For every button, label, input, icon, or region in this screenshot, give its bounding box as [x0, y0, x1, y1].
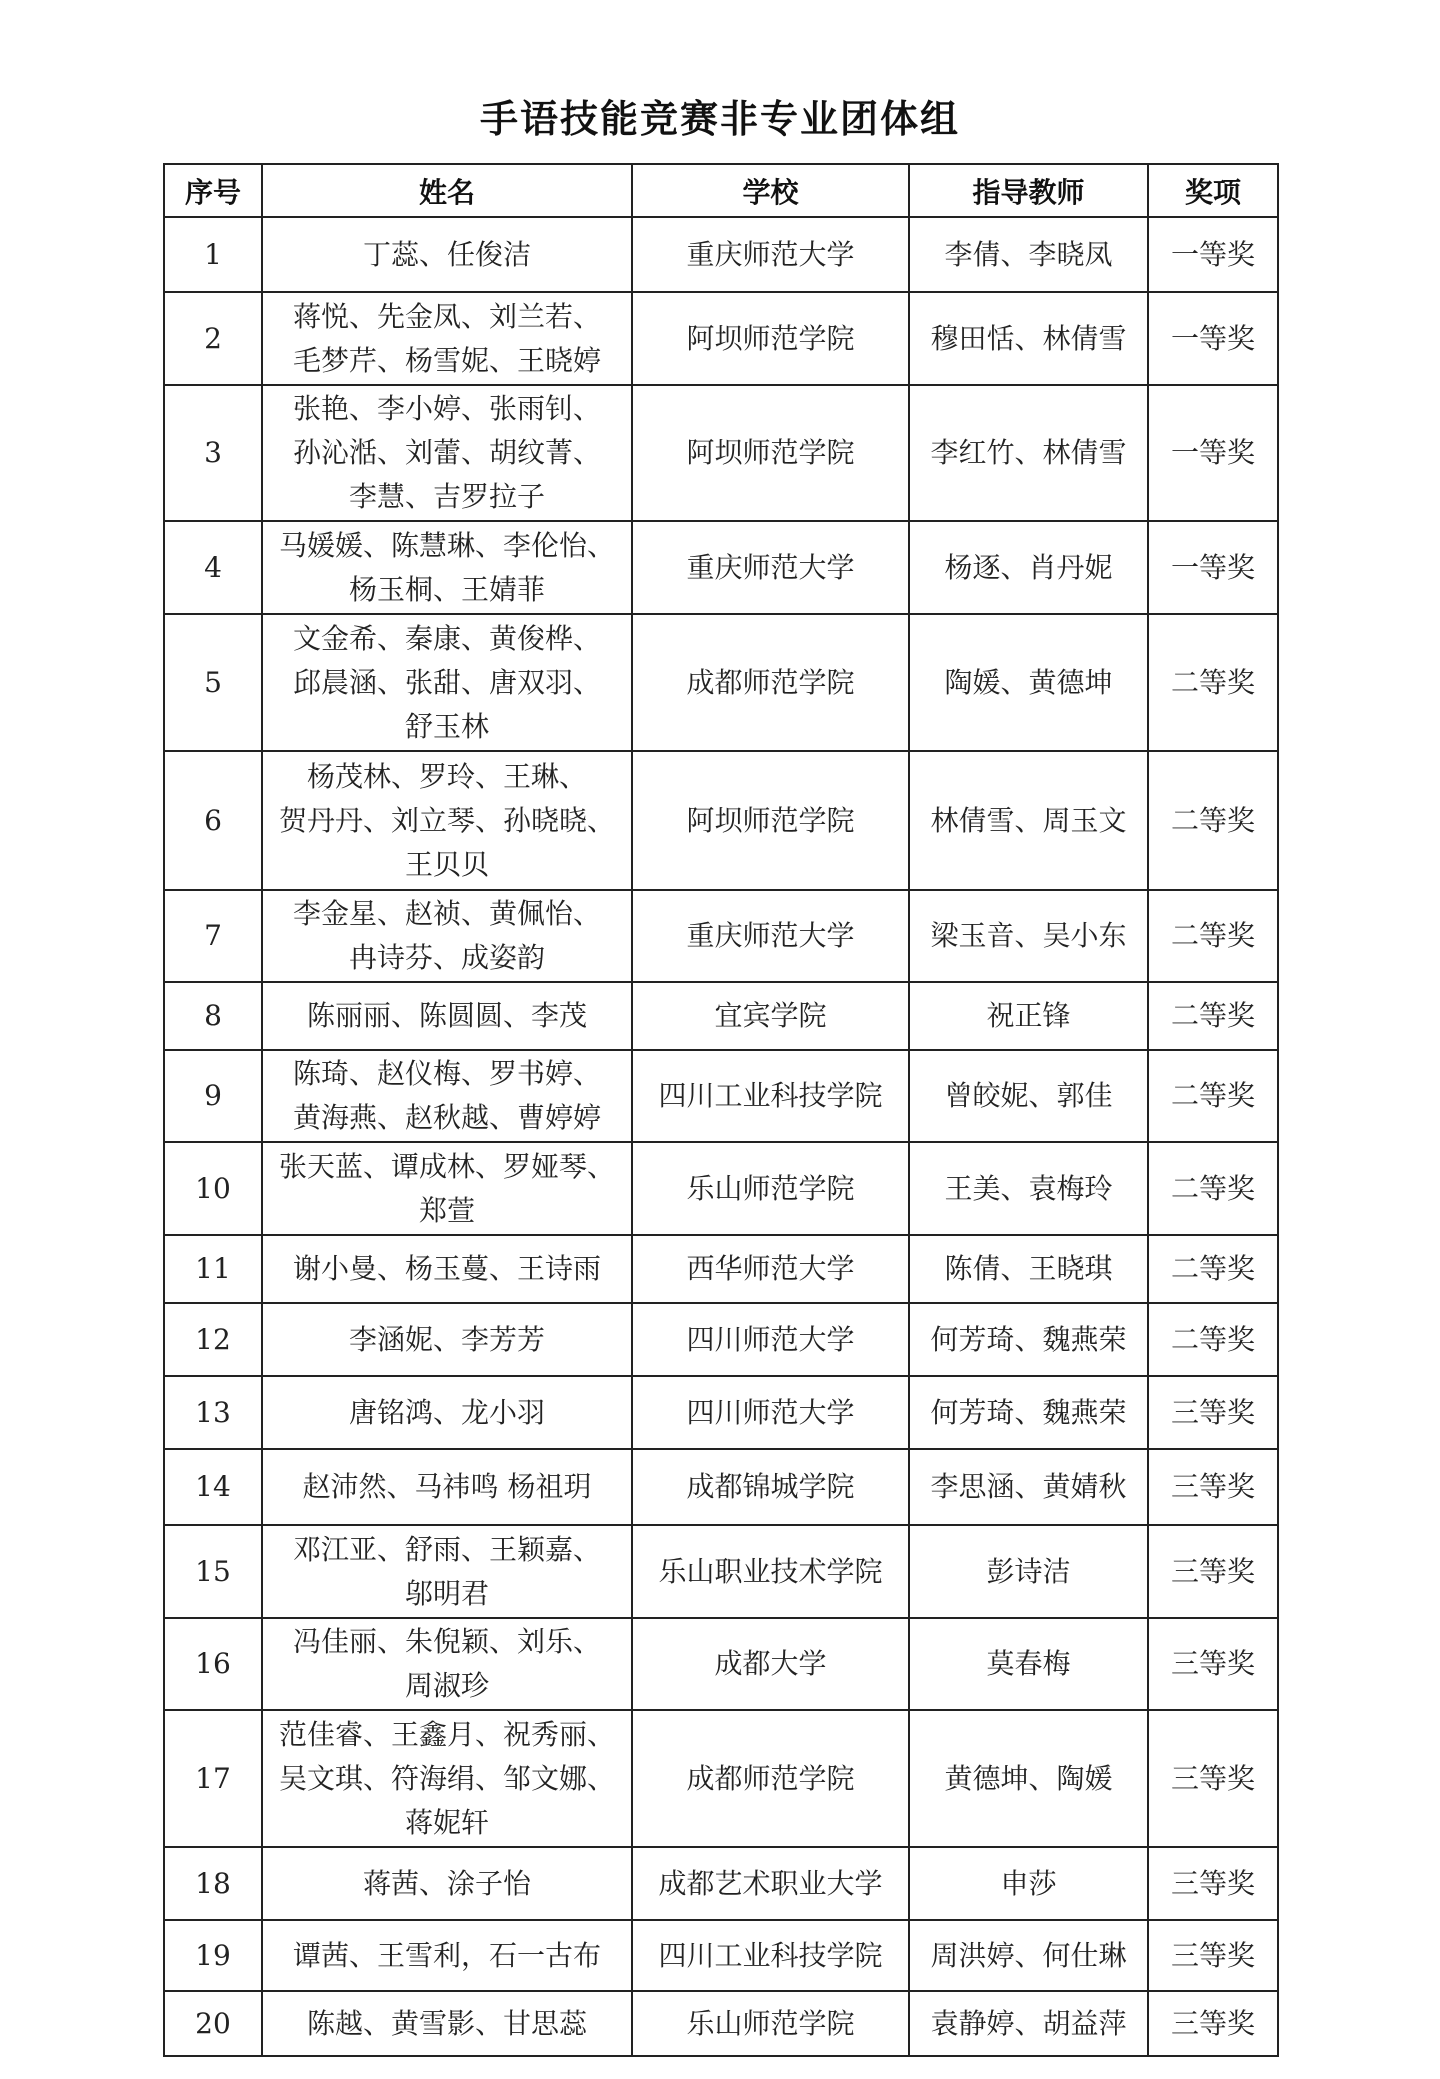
table-row: 6杨茂林、罗玲、王琳、贺丹丹、刘立琴、孙晓晓、王贝贝阿坝师范学院林倩雪、周玉文二…: [164, 751, 1278, 890]
table-row: 16冯佳丽、朱倪颖、刘乐、周淑珍成都大学莫春梅三等奖: [164, 1618, 1278, 1710]
table-row: 17范佳睿、王鑫月、祝秀丽、吴文琪、符海绢、邹文娜、蒋妮轩成都师范学院黄德坤、陶…: [164, 1710, 1278, 1847]
row-school: 成都师范学院: [632, 614, 909, 751]
row-award: 一等奖: [1148, 292, 1278, 385]
table-row: 20陈越、黄雪影、甘思蕊乐山师范学院袁静婷、胡益萍三等奖: [164, 1991, 1278, 2056]
row-names: 张艳、李小婷、张雨钊、孙沁湉、刘蕾、胡纹菁、李慧、吉罗拉子: [262, 385, 632, 521]
row-school: 西华师范大学: [632, 1235, 909, 1303]
name-line: 赵沛然、马祎鸣 杨祖玥: [271, 1465, 623, 1509]
row-award: 三等奖: [1148, 1449, 1278, 1525]
table-row: 8陈丽丽、陈圆圆、李茂宜宾学院祝正锋二等奖: [164, 982, 1278, 1050]
row-teachers: 林倩雪、周玉文: [909, 751, 1148, 890]
row-index: 6: [164, 751, 262, 890]
row-names: 谭茜、王雪利，石一古布: [262, 1920, 632, 1991]
name-line: 邱晨涵、张甜、唐双羽、: [271, 661, 623, 705]
table-row: 10张天蓝、谭成林、罗娅琴、郑萱乐山师范学院王美、袁梅玲二等奖: [164, 1142, 1278, 1235]
row-names: 赵沛然、马祎鸣 杨祖玥: [262, 1449, 632, 1525]
row-award: 三等奖: [1148, 1376, 1278, 1449]
row-award: 一等奖: [1148, 521, 1278, 614]
table-header-row: 序号 姓名 学校 指导教师 奖项: [164, 164, 1278, 217]
row-teachers: 杨逐、肖丹妮: [909, 521, 1148, 614]
row-teachers: 李红竹、林倩雪: [909, 385, 1148, 521]
name-line: 周淑珍: [271, 1664, 623, 1708]
row-school: 成都师范学院: [632, 1710, 909, 1847]
name-line: 冯佳丽、朱倪颖、刘乐、: [271, 1620, 623, 1664]
row-index: 1: [164, 217, 262, 292]
row-teachers: 李倩、李晓凤: [909, 217, 1148, 292]
row-school: 宜宾学院: [632, 982, 909, 1050]
row-teachers: 王美、袁梅玲: [909, 1142, 1148, 1235]
name-line: 黄海燕、赵秋越、曹婷婷: [271, 1096, 623, 1140]
name-line: 李涵妮、李芳芳: [271, 1318, 623, 1362]
name-line: 李金星、赵祯、黄佩怡、: [271, 892, 623, 936]
row-school: 四川工业科技学院: [632, 1920, 909, 1991]
table-body: 1丁蕊、任俊洁重庆师范大学李倩、李晓凤一等奖2蒋悦、先金凤、刘兰若、毛梦芹、杨雪…: [164, 217, 1278, 2056]
row-names: 谢小曼、杨玉蔓、王诗雨: [262, 1235, 632, 1303]
header-index: 序号: [164, 164, 262, 217]
table-row: 4马媛媛、陈慧琳、李伦怡、杨玉桐、王婧菲重庆师范大学杨逐、肖丹妮一等奖: [164, 521, 1278, 614]
table-row: 2蒋悦、先金凤、刘兰若、毛梦芹、杨雪妮、王晓婷阿坝师范学院穆田恬、林倩雪一等奖: [164, 292, 1278, 385]
name-line: 唐铭鸿、龙小羽: [271, 1391, 623, 1435]
row-names: 邓江亚、舒雨、王颖嘉、邬明君: [262, 1525, 632, 1618]
row-award: 三等奖: [1148, 1991, 1278, 2056]
row-names: 陈越、黄雪影、甘思蕊: [262, 1991, 632, 2056]
row-index: 19: [164, 1920, 262, 1991]
row-school: 四川师范大学: [632, 1376, 909, 1449]
row-school: 乐山师范学院: [632, 1991, 909, 2056]
table-row: 19谭茜、王雪利，石一古布四川工业科技学院周洪婷、何仕琳三等奖: [164, 1920, 1278, 1991]
row-names: 蒋茜、涂子怡: [262, 1847, 632, 1920]
table-row: 13唐铭鸿、龙小羽四川师范大学何芳琦、魏燕荣三等奖: [164, 1376, 1278, 1449]
row-award: 二等奖: [1148, 1235, 1278, 1303]
table-row: 7李金星、赵祯、黄佩怡、冉诗芬、成姿韵重庆师范大学梁玉音、吴小东二等奖: [164, 890, 1278, 982]
name-line: 王贝贝: [271, 843, 623, 887]
row-award: 二等奖: [1148, 1050, 1278, 1142]
row-school: 四川师范大学: [632, 1303, 909, 1376]
row-names: 陈琦、赵仪梅、罗书婷、黄海燕、赵秋越、曹婷婷: [262, 1050, 632, 1142]
row-index: 20: [164, 1991, 262, 2056]
row-school: 阿坝师范学院: [632, 385, 909, 521]
name-line: 陈越、黄雪影、甘思蕊: [271, 2002, 623, 2046]
row-names: 丁蕊、任俊洁: [262, 217, 632, 292]
row-award: 三等奖: [1148, 1525, 1278, 1618]
table-row: 9陈琦、赵仪梅、罗书婷、黄海燕、赵秋越、曹婷婷四川工业科技学院曾皎妮、郭佳二等奖: [164, 1050, 1278, 1142]
name-line: 杨玉桐、王婧菲: [271, 568, 623, 612]
name-line: 谢小曼、杨玉蔓、王诗雨: [271, 1247, 623, 1291]
row-index: 5: [164, 614, 262, 751]
name-line: 范佳睿、王鑫月、祝秀丽、: [271, 1713, 623, 1757]
header-names: 姓名: [262, 164, 632, 217]
row-school: 乐山职业技术学院: [632, 1525, 909, 1618]
header-school: 学校: [632, 164, 909, 217]
table-row: 14赵沛然、马祎鸣 杨祖玥成都锦城学院李思涵、黄婧秋三等奖: [164, 1449, 1278, 1525]
name-line: 郑萱: [271, 1189, 623, 1233]
row-teachers: 李思涵、黄婧秋: [909, 1449, 1148, 1525]
row-index: 13: [164, 1376, 262, 1449]
table-row: 1丁蕊、任俊洁重庆师范大学李倩、李晓凤一等奖: [164, 217, 1278, 292]
row-index: 3: [164, 385, 262, 521]
row-index: 18: [164, 1847, 262, 1920]
row-award: 三等奖: [1148, 1618, 1278, 1710]
name-line: 蒋茜、涂子怡: [271, 1862, 623, 1906]
table-row: 18蒋茜、涂子怡成都艺术职业大学申莎三等奖: [164, 1847, 1278, 1920]
name-line: 贺丹丹、刘立琴、孙晓晓、: [271, 799, 623, 843]
name-line: 蒋妮轩: [271, 1801, 623, 1845]
row-names: 蒋悦、先金凤、刘兰若、毛梦芹、杨雪妮、王晓婷: [262, 292, 632, 385]
row-index: 8: [164, 982, 262, 1050]
row-index: 4: [164, 521, 262, 614]
row-index: 15: [164, 1525, 262, 1618]
row-award: 一等奖: [1148, 217, 1278, 292]
row-school: 重庆师范大学: [632, 890, 909, 982]
row-award: 三等奖: [1148, 1847, 1278, 1920]
table-row: 5文金希、秦康、黄俊桦、邱晨涵、张甜、唐双羽、舒玉林成都师范学院陶媛、黄德坤二等…: [164, 614, 1278, 751]
name-line: 马媛媛、陈慧琳、李伦怡、: [271, 524, 623, 568]
row-school: 重庆师范大学: [632, 521, 909, 614]
row-teachers: 梁玉音、吴小东: [909, 890, 1148, 982]
row-names: 马媛媛、陈慧琳、李伦怡、杨玉桐、王婧菲: [262, 521, 632, 614]
row-names: 李涵妮、李芳芳: [262, 1303, 632, 1376]
row-school: 乐山师范学院: [632, 1142, 909, 1235]
name-line: 张艳、李小婷、张雨钊、: [271, 387, 623, 431]
name-line: 邬明君: [271, 1572, 623, 1616]
row-index: 17: [164, 1710, 262, 1847]
row-index: 10: [164, 1142, 262, 1235]
name-line: 李慧、吉罗拉子: [271, 475, 623, 519]
header-teachers: 指导教师: [909, 164, 1148, 217]
row-teachers: 申莎: [909, 1847, 1148, 1920]
row-index: 12: [164, 1303, 262, 1376]
row-teachers: 何芳琦、魏燕荣: [909, 1303, 1148, 1376]
row-names: 唐铭鸿、龙小羽: [262, 1376, 632, 1449]
row-index: 16: [164, 1618, 262, 1710]
row-award: 三等奖: [1148, 1710, 1278, 1847]
row-teachers: 周洪婷、何仕琳: [909, 1920, 1148, 1991]
table-row: 11谢小曼、杨玉蔓、王诗雨西华师范大学陈倩、王晓琪二等奖: [164, 1235, 1278, 1303]
row-award: 一等奖: [1148, 385, 1278, 521]
name-line: 谭茜、王雪利，石一古布: [271, 1934, 623, 1978]
name-line: 文金希、秦康、黄俊桦、: [271, 617, 623, 661]
row-award: 二等奖: [1148, 614, 1278, 751]
name-line: 杨茂林、罗玲、王琳、: [271, 755, 623, 799]
row-teachers: 彭诗洁: [909, 1525, 1148, 1618]
table-row: 12李涵妮、李芳芳四川师范大学何芳琦、魏燕荣二等奖: [164, 1303, 1278, 1376]
row-school: 阿坝师范学院: [632, 751, 909, 890]
name-line: 张天蓝、谭成林、罗娅琴、: [271, 1145, 623, 1189]
row-index: 7: [164, 890, 262, 982]
name-line: 冉诗芬、成姿韵: [271, 936, 623, 980]
row-award: 二等奖: [1148, 982, 1278, 1050]
row-teachers: 黄德坤、陶媛: [909, 1710, 1148, 1847]
row-award: 二等奖: [1148, 751, 1278, 890]
header-award: 奖项: [1148, 164, 1278, 217]
row-teachers: 莫春梅: [909, 1618, 1148, 1710]
row-award: 三等奖: [1148, 1920, 1278, 1991]
row-index: 14: [164, 1449, 262, 1525]
row-school: 重庆师范大学: [632, 217, 909, 292]
row-teachers: 曾皎妮、郭佳: [909, 1050, 1148, 1142]
page-title: 手语技能竞赛非专业团体组: [0, 88, 1440, 143]
name-line: 丁蕊、任俊洁: [271, 233, 623, 277]
row-teachers: 穆田恬、林倩雪: [909, 292, 1148, 385]
row-school: 阿坝师范学院: [632, 292, 909, 385]
row-names: 冯佳丽、朱倪颖、刘乐、周淑珍: [262, 1618, 632, 1710]
awards-table: 序号 姓名 学校 指导教师 奖项 1丁蕊、任俊洁重庆师范大学李倩、李晓凤一等奖2…: [163, 163, 1279, 2057]
row-names: 范佳睿、王鑫月、祝秀丽、吴文琪、符海绢、邹文娜、蒋妮轩: [262, 1710, 632, 1847]
name-line: 吴文琪、符海绢、邹文娜、: [271, 1757, 623, 1801]
name-line: 舒玉林: [271, 705, 623, 749]
table-row: 15邓江亚、舒雨、王颖嘉、邬明君乐山职业技术学院彭诗洁三等奖: [164, 1525, 1278, 1618]
name-line: 陈丽丽、陈圆圆、李茂: [271, 994, 623, 1038]
row-names: 李金星、赵祯、黄佩怡、冉诗芬、成姿韵: [262, 890, 632, 982]
name-line: 蒋悦、先金凤、刘兰若、: [271, 295, 623, 339]
row-names: 陈丽丽、陈圆圆、李茂: [262, 982, 632, 1050]
row-teachers: 何芳琦、魏燕荣: [909, 1376, 1148, 1449]
name-line: 孙沁湉、刘蕾、胡纹菁、: [271, 431, 623, 475]
row-names: 文金希、秦康、黄俊桦、邱晨涵、张甜、唐双羽、舒玉林: [262, 614, 632, 751]
name-line: 毛梦芹、杨雪妮、王晓婷: [271, 339, 623, 383]
row-award: 二等奖: [1148, 1303, 1278, 1376]
row-teachers: 祝正锋: [909, 982, 1148, 1050]
row-names: 张天蓝、谭成林、罗娅琴、郑萱: [262, 1142, 632, 1235]
row-school: 成都锦城学院: [632, 1449, 909, 1525]
row-award: 二等奖: [1148, 1142, 1278, 1235]
row-school: 成都艺术职业大学: [632, 1847, 909, 1920]
table-row: 3张艳、李小婷、张雨钊、孙沁湉、刘蕾、胡纹菁、李慧、吉罗拉子阿坝师范学院李红竹、…: [164, 385, 1278, 521]
row-school: 成都大学: [632, 1618, 909, 1710]
name-line: 陈琦、赵仪梅、罗书婷、: [271, 1052, 623, 1096]
row-index: 2: [164, 292, 262, 385]
row-teachers: 陶媛、黄德坤: [909, 614, 1148, 751]
row-teachers: 陈倩、王晓琪: [909, 1235, 1148, 1303]
row-names: 杨茂林、罗玲、王琳、贺丹丹、刘立琴、孙晓晓、王贝贝: [262, 751, 632, 890]
row-award: 二等奖: [1148, 890, 1278, 982]
row-school: 四川工业科技学院: [632, 1050, 909, 1142]
row-index: 9: [164, 1050, 262, 1142]
name-line: 邓江亚、舒雨、王颖嘉、: [271, 1528, 623, 1572]
row-teachers: 袁静婷、胡益萍: [909, 1991, 1148, 2056]
row-index: 11: [164, 1235, 262, 1303]
